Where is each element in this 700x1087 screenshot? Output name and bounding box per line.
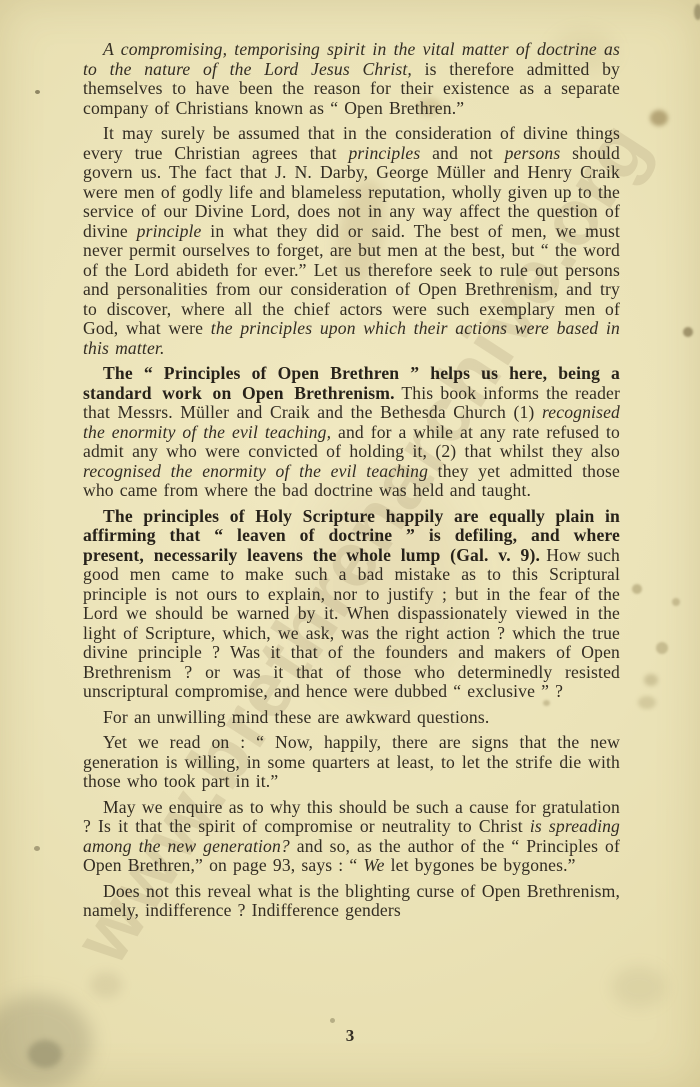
- page-number: 3: [0, 1026, 700, 1046]
- paper-stain: [35, 90, 40, 94]
- text-segment-italic: recognised the enormity of the evil teac…: [83, 461, 428, 481]
- paper-stain: [330, 1018, 335, 1023]
- page: www.brethrenarchive.org A compromising, …: [0, 0, 700, 1087]
- paragraph: Yet we read on : “ Now, happily, there a…: [83, 733, 620, 792]
- paper-stain: [34, 846, 40, 851]
- text-block: A compromising, temporising spirit in th…: [83, 40, 620, 927]
- paper-stain: [683, 327, 693, 337]
- paragraph: The “ Principles of Open Brethren ” help…: [83, 364, 620, 501]
- text-segment-roman: Yet we read on : “ Now, happily, there a…: [83, 732, 620, 791]
- paper-stain: [612, 966, 666, 1008]
- text-segment-roman: Does not this reveal what is the blighti…: [83, 881, 620, 921]
- text-segment-italic: persons: [505, 143, 561, 163]
- paragraph: The principles of Holy Scripture happily…: [83, 507, 620, 702]
- paper-stain: [638, 696, 656, 709]
- paragraph: A compromising, temporising spirit in th…: [83, 40, 620, 118]
- paragraph: It may surely be assumed that in the con…: [83, 124, 620, 358]
- paragraph: May we enquire as to why this should be …: [83, 798, 620, 876]
- text-segment-roman: For an unwilling mind these are awkward …: [103, 707, 489, 727]
- text-segment-italic: principle: [137, 221, 202, 241]
- text-segment-italic: principles: [348, 143, 420, 163]
- paragraph: For an unwilling mind these are awkward …: [83, 708, 620, 728]
- text-segment-roman: and not: [420, 143, 504, 163]
- paper-stain: [90, 972, 122, 998]
- text-segment-roman: let bygones be bygones.”: [385, 855, 576, 875]
- paper-stain: [632, 584, 642, 594]
- paper-stain: [644, 674, 658, 686]
- text-segment-italic: We: [363, 855, 384, 875]
- paper-stain: [656, 642, 668, 654]
- paragraph: Does not this reveal what is the blighti…: [83, 882, 620, 921]
- paper-stain: [694, 4, 700, 20]
- text-segment-roman: How such good men came to make such a ba…: [83, 545, 620, 702]
- paper-stain: [672, 598, 680, 606]
- paper-stain: [650, 110, 668, 126]
